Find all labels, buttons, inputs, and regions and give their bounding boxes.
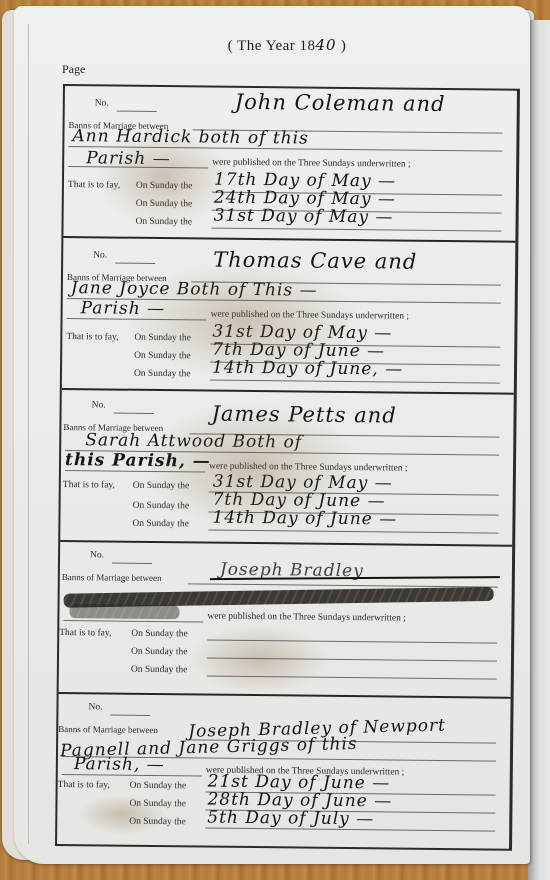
couple-line-1: James Petts and	[211, 402, 396, 428]
entry-number-field	[112, 563, 152, 564]
entry-number-field	[115, 263, 155, 264]
line-rule	[65, 470, 205, 472]
parish-line: Parish, —	[74, 754, 165, 775]
sunday-3-date: 31st Day of May —	[214, 206, 394, 228]
sunday-3-label: On Sunday the	[129, 817, 186, 828]
page-number-label: Page	[62, 62, 85, 77]
sunday-2-label: On Sunday the	[129, 799, 186, 810]
line-rule	[207, 640, 497, 644]
year-suffix: )	[337, 38, 347, 54]
year-handwritten: 40	[316, 36, 337, 54]
line-rule	[211, 228, 501, 232]
line-rule	[207, 658, 497, 662]
banns-entry: No. Banns of Marriage between James Pett…	[60, 390, 514, 547]
entry-number-field	[114, 413, 154, 414]
entry-number-field	[117, 111, 157, 112]
sunday-1-label: On Sunday the	[130, 781, 187, 792]
that-is-to-say-label: That is to fay,	[59, 628, 111, 639]
line-rule	[208, 530, 498, 534]
sunday-3-label: On Sunday the	[131, 665, 188, 676]
published-label: were published on the Three Sundays unde…	[212, 158, 411, 170]
couple-line-2: Jane Joyce Both of This —	[71, 278, 318, 301]
sunday-1-label: On Sunday the	[133, 481, 190, 492]
sunday-2-label: On Sunday the	[136, 199, 193, 210]
sunday-1-label: On Sunday the	[134, 333, 191, 344]
line-rule	[210, 380, 500, 384]
line-rule	[62, 774, 202, 776]
sunday-1-label: On Sunday the	[131, 629, 188, 640]
register-page: ( The Year 1840 ) Page No. Banns of Marr…	[14, 6, 530, 864]
banns-entry-cancelled: No. Banns of Marriage between Joseph Bra…	[59, 542, 513, 699]
banns-entry: No. Banns of Marriage between John Colem…	[63, 86, 517, 243]
page-year-heading: ( The Year 1840 )	[14, 36, 530, 55]
entry-number-label: No.	[90, 550, 104, 560]
couple-line-1: Thomas Cave and	[213, 248, 417, 274]
page-margin-line	[28, 24, 29, 844]
banns-register-table: No. Banns of Marriage between John Colem…	[55, 84, 520, 851]
entry-number-label: No.	[88, 702, 102, 712]
sunday-3-label: On Sunday the	[134, 369, 191, 380]
entry-number-field	[110, 715, 150, 716]
sunday-1-label: On Sunday the	[136, 181, 193, 192]
entry-number-label: No.	[92, 400, 106, 410]
that-is-to-say-label: That is to fay,	[63, 480, 115, 491]
banns-entry: No. Banns of Marriage between Thomas Cav…	[62, 238, 516, 395]
sunday-3-date: 5th Day of July —	[207, 808, 374, 830]
facing-page-edge	[528, 20, 550, 880]
sunday-3-date: 14th Day of June, —	[212, 358, 403, 380]
year-prefix: ( The Year 18	[228, 38, 316, 54]
entry-number-label: No.	[93, 250, 107, 260]
entry-number-label: No.	[95, 98, 109, 108]
sunday-2-label: On Sunday the	[133, 501, 190, 512]
banns-entry: No. Banns of Marriage between Joseph Bra…	[57, 694, 511, 847]
sunday-3-label: On Sunday the	[136, 217, 193, 228]
scribbled-out-text	[69, 604, 179, 619]
that-is-to-say-label: That is to fay,	[68, 180, 120, 191]
parish-line: Parish —	[81, 298, 166, 319]
couple-line-2: Sarah Attwood Both of	[85, 430, 302, 452]
sunday-3-label: On Sunday the	[132, 519, 189, 530]
line-rule	[67, 318, 207, 320]
that-is-to-say-label: That is to fay,	[66, 332, 118, 343]
that-is-to-say-label: That is to fay,	[58, 780, 110, 791]
sunday-2-label: On Sunday the	[134, 351, 191, 362]
sunday-3-date: 14th Day of June —	[212, 508, 397, 530]
banns-between-label: Banns of Marriage between	[62, 572, 162, 583]
published-label: were published on the Three Sundays unde…	[211, 310, 410, 322]
line-rule	[63, 620, 203, 622]
published-label: were published on the Three Sundays unde…	[207, 612, 406, 624]
sunday-2-label: On Sunday the	[131, 647, 188, 658]
couple-line-1: John Coleman and	[235, 90, 446, 116]
line-rule	[207, 676, 497, 680]
couple-line-2: Ann Hardick both of this	[72, 126, 309, 148]
banns-between-label: Banns of Marriage between	[58, 724, 158, 735]
parish-line: this Parish, —	[65, 450, 211, 472]
